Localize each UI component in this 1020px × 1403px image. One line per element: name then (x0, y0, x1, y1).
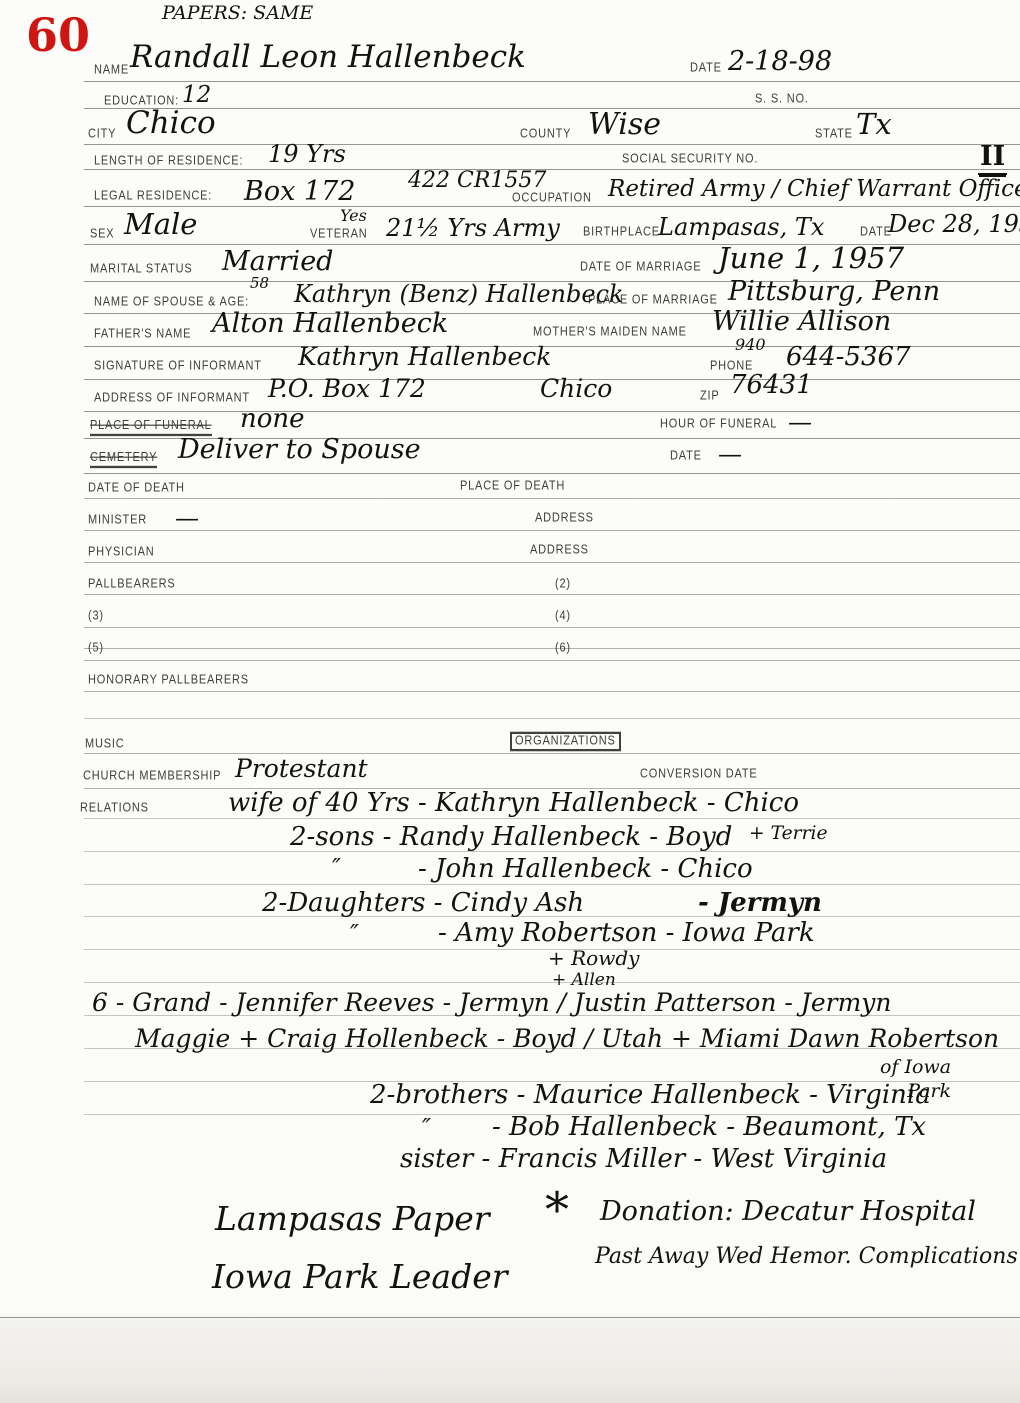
address-of-informant-label: ADDRESS OF INFORMANT (94, 391, 250, 405)
date-value: 2-18-98 (728, 48, 832, 75)
newspaper-note-1: Lampasas Paper (215, 1202, 490, 1235)
county-label: COUNTY (520, 127, 571, 141)
page-bottom-edge-line (0, 1317, 1020, 1318)
date-of-marriage-label: DATE OF MARRIAGE (580, 260, 701, 274)
papers-note: PAPERS: SAME (162, 4, 313, 23)
ruled-line (84, 627, 1020, 628)
legal-residence-value: Box 172 (244, 178, 355, 205)
signature-of-informant-value: Kathryn Hallenbeck (298, 344, 551, 369)
sex-value: Male (124, 210, 197, 239)
date-of-marriage-value: June 1, 1957 (718, 244, 904, 273)
mothers-maiden-name-label: MOTHER'S MAIDEN NAME (533, 325, 687, 339)
relation-line: - Bob Hallenbeck - Beaumont, Tx (492, 1114, 926, 1140)
minister-label: MINISTER (88, 513, 147, 527)
phone-area-code-note: 940 (735, 337, 766, 353)
relation-line: - John Hallenbeck - Chico (418, 856, 753, 882)
page-number-stamp: 60 (26, 12, 90, 58)
veteran-value: 21½ Yrs Army (386, 216, 560, 240)
cemetery-label: CEMETERY (90, 451, 157, 468)
place-of-death-label: PLACE OF DEATH (460, 479, 565, 493)
music-label: MUSIC (85, 737, 124, 751)
pallbearer-6-label: (6) (555, 641, 571, 655)
pallbearer-3-label: (3) (88, 609, 104, 623)
birthplace-value: Lampasas, Tx (658, 215, 824, 239)
ruled-line (84, 648, 1020, 649)
occupation-value: Retired Army / Chief Warrant OfficerII (608, 177, 1020, 201)
fathers-name-value: Alton Hallenbeck (212, 310, 448, 337)
birth-date-value: Dec 28, 1935 (888, 212, 1020, 236)
relation-line: 2-sons - Randy Hallenbeck - Boyd + Terri… (290, 824, 828, 850)
donation-note: Donation: Decatur Hospital (600, 1198, 976, 1225)
signature-of-informant-label: SIGNATURE OF INFORMANT (94, 359, 262, 373)
relation-line: 6 - Grand - Jennifer Reeves - Jermyn / J… (92, 990, 892, 1015)
ruled-line (84, 473, 1020, 474)
place-of-marriage-label: PLACE OF MARRIAGE (588, 293, 718, 307)
ruled-line (84, 884, 1020, 885)
legal-residence-label: LEGAL RESIDENCE: (94, 189, 212, 203)
star-mark: * (545, 1186, 569, 1234)
cemetery-value: Deliver to Spouse (178, 436, 421, 463)
mothers-maiden-name-value: Willie Allison (712, 308, 891, 335)
rank-margin-mark: II (978, 143, 1007, 170)
ruled-line (84, 144, 1020, 145)
social-security-no-label: SOCIAL SECURITY NO. (622, 152, 758, 166)
length-of-residence-value: 19 Yrs (268, 142, 346, 166)
education-value: 12 (182, 84, 211, 107)
ss-no-label: S. S. NO. (755, 92, 809, 106)
organizations-label: ORGANIZATIONS (510, 732, 621, 752)
pallbearer-5-label: (5) (88, 641, 104, 655)
ruled-line (84, 530, 1020, 531)
relations-label: RELATIONS (80, 801, 149, 815)
date-of-death-label: DATE OF DEATH (88, 481, 185, 495)
scanned-funeral-record-page: 60 PAPERS: SAME NAME Randall Leon Hallen… (0, 0, 1020, 1403)
hour-of-funeral-dash: — (788, 410, 812, 434)
veteran-label: VETERAN (310, 227, 368, 241)
ruled-line (84, 81, 1020, 82)
city-value: Chico (126, 108, 216, 139)
ditto-mark: ″ (422, 1116, 431, 1140)
fathers-name-label: FATHER'S NAME (94, 327, 191, 341)
legal-residence-note: 422 CR1557 (408, 170, 546, 192)
zip-value: 76431 (730, 372, 813, 398)
relation-sub-note: + Rowdy (548, 948, 639, 968)
physician-address-label: ADDRESS (530, 543, 589, 557)
minister-address-label: ADDRESS (535, 511, 594, 525)
relation-line: 2-Daughters - Cindy Ash (262, 890, 584, 916)
funeral-date-dash: — (718, 442, 742, 466)
spouse-value: Kathryn (Benz) Hallenbeck (294, 282, 624, 306)
church-membership-value: Protestant (235, 756, 368, 781)
relation-line: sister - Francis Miller - West Virginia (400, 1146, 887, 1172)
birth-date-label: DATE (860, 225, 892, 239)
pallbearer-4-label: (4) (555, 609, 571, 623)
phone-value: 644-5367 (786, 344, 911, 370)
relation-line: - Amy Robertson - Iowa Park (438, 920, 815, 946)
state-value: Tx (856, 110, 892, 139)
relation-line: wife of 40 Yrs - Kathryn Hallenbeck - Ch… (228, 790, 799, 816)
address-of-informant-city: Chico (540, 376, 612, 401)
name-value: Randall Leon Hallenbeck (130, 42, 526, 73)
ruled-line (84, 660, 1020, 661)
ruled-line (84, 718, 1020, 719)
marital-status-label: MARITAL STATUS (90, 262, 192, 276)
ditto-mark: ″ (332, 856, 341, 880)
conversion-date-label: CONVERSION DATE (640, 767, 758, 781)
zip-label: ZIP (700, 389, 720, 403)
place-of-marriage-value: Pittsburg, Penn (728, 278, 940, 305)
date-label: DATE (690, 61, 722, 75)
name-label: NAME (94, 63, 129, 77)
physician-label: PHYSICIAN (88, 545, 155, 559)
funeral-date-label: DATE (670, 449, 702, 463)
place-of-funeral-value: none (240, 406, 305, 432)
state-label: STATE (815, 127, 853, 141)
church-membership-label: CHURCH MEMBERSHIP (83, 769, 221, 783)
address-of-informant-value: P.O. Box 172 (268, 376, 426, 401)
ruled-line (84, 753, 1020, 754)
ruled-line (84, 169, 1020, 170)
sex-label: SEX (90, 227, 114, 241)
relation-line: 2-brothers - Maurice Hallenbeck - Virgin… (370, 1082, 931, 1108)
newspaper-note-2: Iowa Park Leader (212, 1260, 508, 1293)
marital-status-value: Married (222, 248, 333, 275)
relation-line: Maggie + Craig Hollenbeck - Boyd / Utah … (135, 1026, 999, 1051)
minister-dash: — (175, 506, 199, 530)
pallbearers-label: PALLBEARERS (88, 577, 175, 591)
veteran-yes-note: Yes (340, 208, 367, 224)
relation-above-note: + Allen (552, 972, 616, 989)
occupation-label: OCCUPATION (512, 191, 592, 205)
ruled-line (84, 594, 1020, 595)
city-label: CITY (88, 127, 116, 141)
ruled-line (84, 411, 1020, 412)
ruled-line (84, 562, 1020, 563)
ruled-line (84, 818, 1020, 819)
honorary-pallbearers-label: HONORARY PALLBEARERS (88, 673, 249, 687)
length-of-residence-label: LENGTH OF RESIDENCE: (94, 154, 243, 168)
pallbearer-2-label: (2) (555, 577, 571, 591)
ditto-mark: ″ (350, 922, 359, 946)
relation-note: + Terrie (749, 823, 828, 844)
relation-place: - Jermyn (698, 890, 822, 916)
county-value: Wise (588, 110, 661, 140)
birthplace-label: BIRTHPLACE (583, 225, 660, 239)
hour-of-funeral-label: HOUR OF FUNERAL (660, 417, 777, 431)
spouse-label: NAME OF SPOUSE & AGE: (94, 295, 249, 309)
ruled-line (84, 691, 1020, 692)
ruled-line (84, 498, 1020, 499)
spouse-age-note: 58 (250, 276, 269, 291)
ruled-line (84, 206, 1020, 207)
cause-of-death-note: Past Away Wed Hemor. Complications (595, 1246, 1018, 1268)
